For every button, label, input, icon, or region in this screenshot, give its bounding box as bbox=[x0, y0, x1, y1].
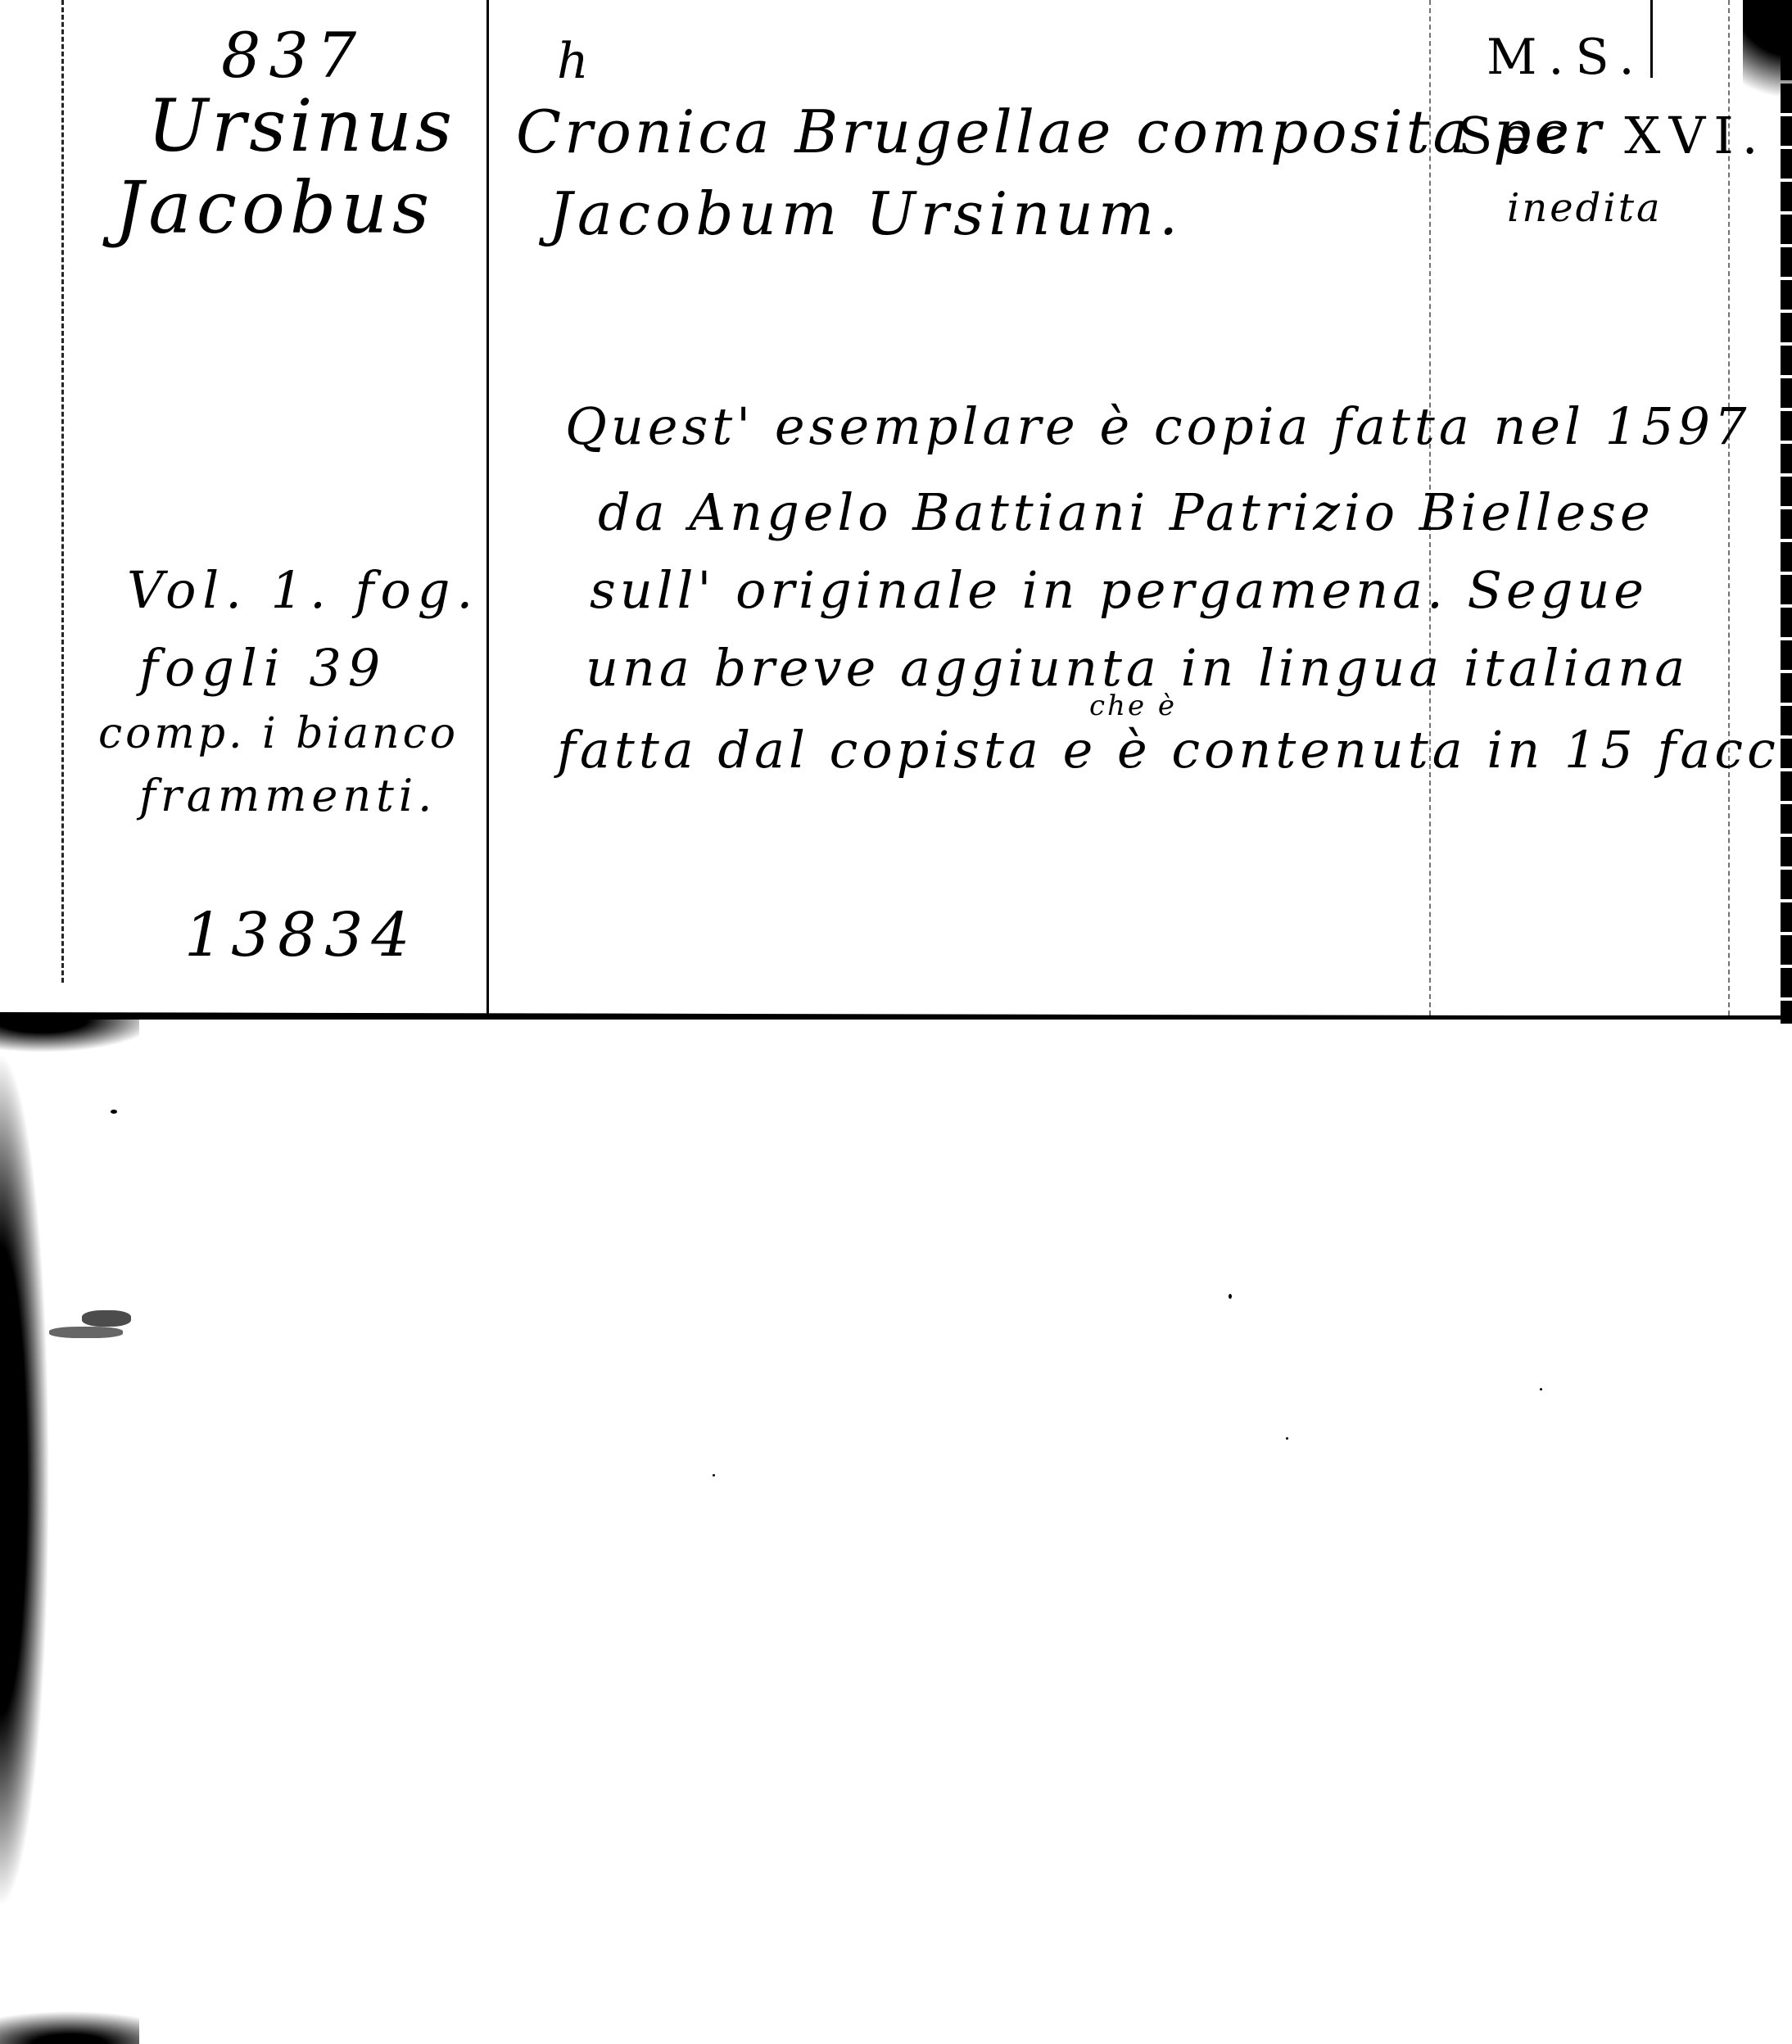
physical-description-line: frammenti. bbox=[139, 774, 437, 818]
century-label: Sec. XVI. bbox=[1458, 111, 1766, 161]
note-line: sull' originale in pergamena. Segue bbox=[590, 565, 1648, 616]
scan-speck bbox=[1229, 1294, 1232, 1299]
scan-speck bbox=[49, 1327, 123, 1338]
shelf-mark: h bbox=[557, 37, 591, 86]
publication-status: inedita bbox=[1507, 188, 1663, 228]
manuscript-label: M.S. bbox=[1487, 33, 1646, 82]
card-right-edge bbox=[1781, 0, 1792, 1024]
note-line: da Angelo Battiani Patrizio Biellese bbox=[598, 487, 1654, 538]
note-line: Quest' esemplare è copia fatta nel 1597 bbox=[565, 401, 1750, 452]
scan-edge-noise bbox=[0, 1020, 139, 2044]
right-margin-rule bbox=[1650, 0, 1653, 78]
title-line: Cronica Brugellae composita per bbox=[516, 102, 1604, 161]
note-line: una breve aggiunta in lingua italiana bbox=[586, 643, 1689, 694]
scan-speck bbox=[1540, 1388, 1542, 1391]
scan-speck bbox=[1286, 1437, 1288, 1440]
physical-description-line: comp. i bianco bbox=[98, 712, 459, 755]
left-column-rule bbox=[486, 0, 489, 1015]
physical-description-line: Vol. 1. fog. bbox=[127, 565, 479, 616]
author-surname: Ursinus bbox=[147, 90, 455, 162]
author-forename: Jacobus bbox=[115, 172, 434, 244]
inventory-number: 13834 bbox=[184, 905, 418, 965]
interlinear-insert: che è bbox=[1089, 692, 1177, 720]
physical-description-line: fogli 39 bbox=[139, 643, 387, 694]
scan-speck bbox=[111, 1110, 117, 1114]
catalog-card: 837 Ursinus Jacobus Vol. 1. fog. fogli 3… bbox=[0, 0, 1792, 1015]
scan-speck bbox=[713, 1474, 715, 1476]
scan-speck bbox=[82, 1310, 131, 1327]
catalog-number: 837 bbox=[221, 25, 364, 87]
note-line: fatta dal copista e è contenuta in 15 fa… bbox=[557, 725, 1792, 776]
card-bottom-edge bbox=[0, 1015, 1792, 1020]
title-line: Jacobum Ursinum. bbox=[549, 184, 1183, 243]
left-margin-rule bbox=[61, 0, 64, 983]
